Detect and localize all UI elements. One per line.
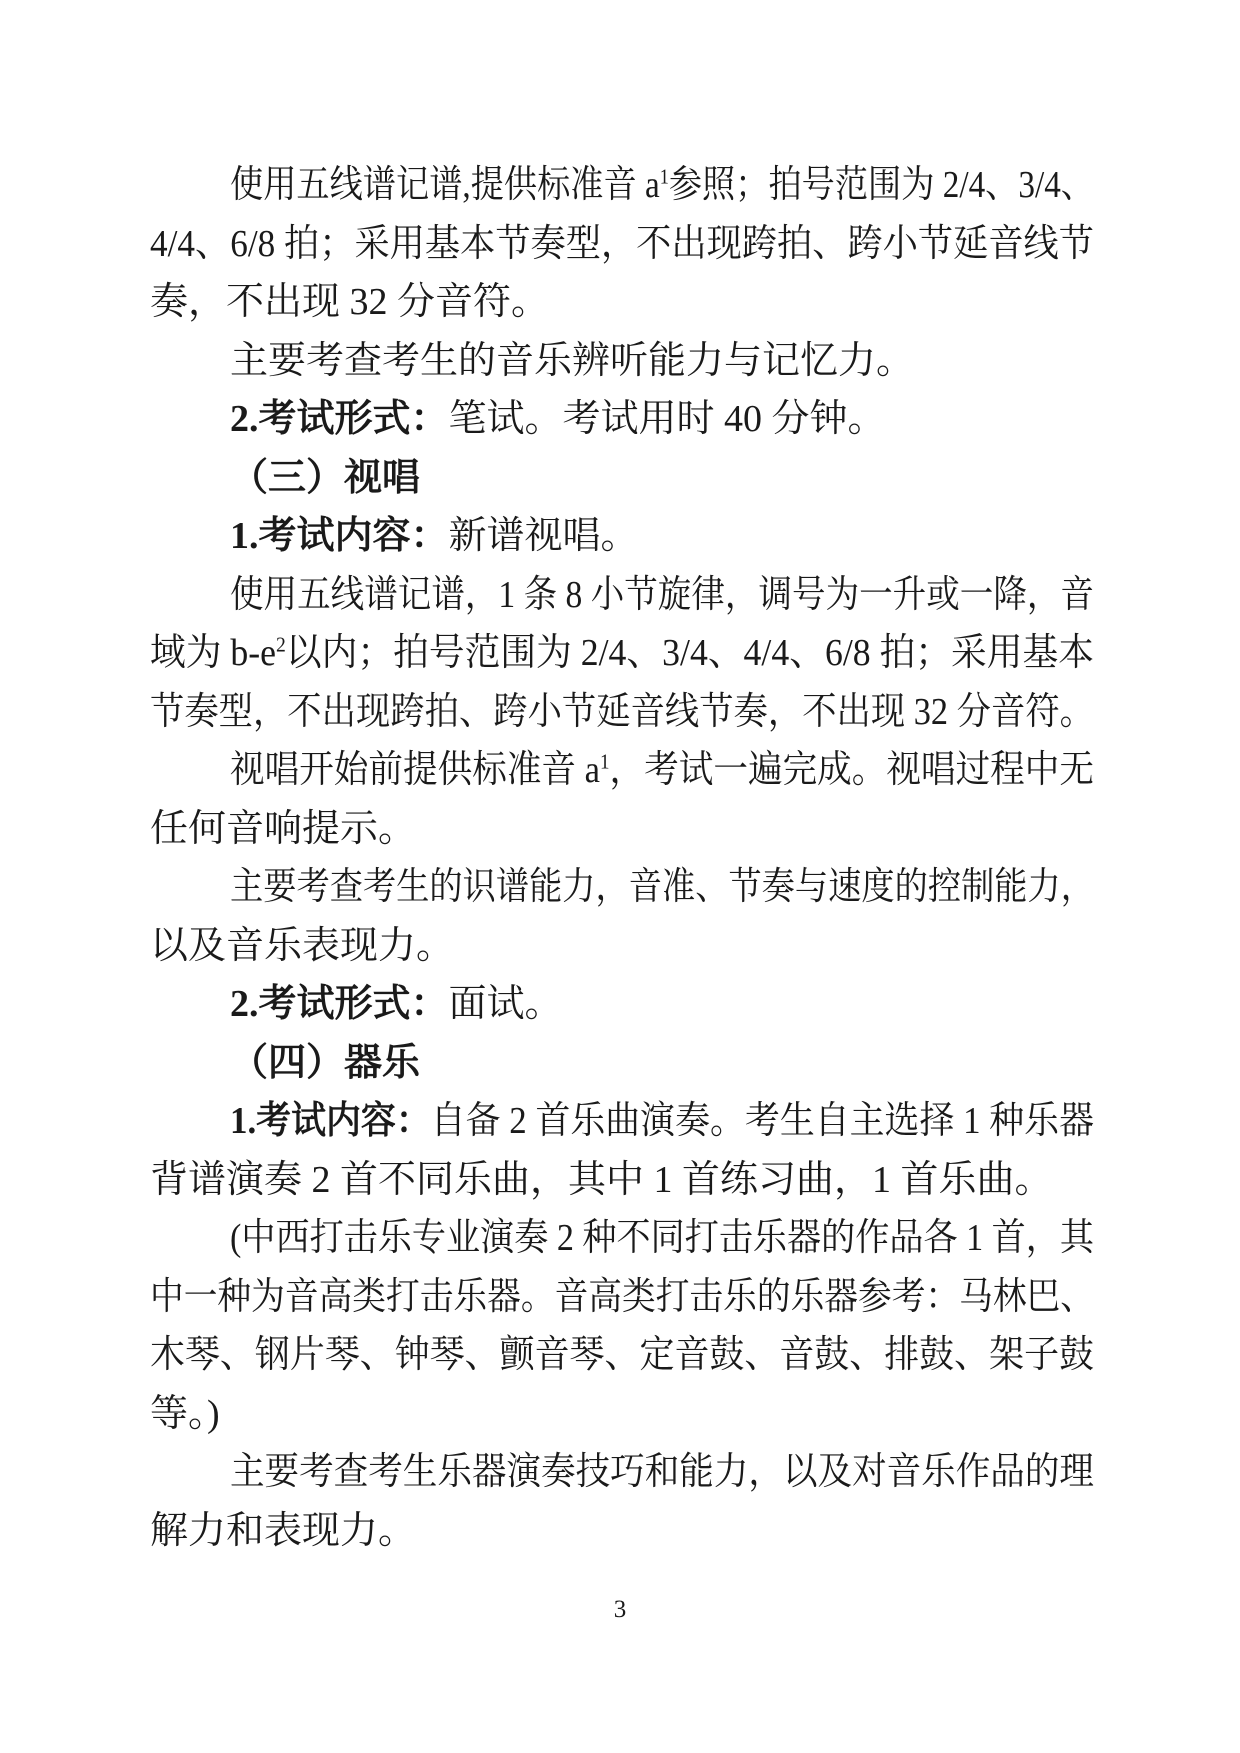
text-line-content: 奏，不出现 32 分音符。 (150, 273, 549, 332)
text-segment: 4/4、6/8 拍；采用基本节奏型，不出现跨拍、跨小节延音线节 (150, 223, 1094, 265)
text-segment: (中西打击乐专业演奏 2 种不同打击乐器的作品各 1 首，其 (230, 1217, 1094, 1259)
text-line: 视唱开始前提供标准音 a1，考试一遍完成。视唱过程中无 (150, 741, 1094, 800)
text-line-content: 1.考试内容：新谱视唱。 (230, 507, 639, 566)
text-line-content: 视唱开始前提供标准音 a1，考试一遍完成。视唱过程中无 (230, 741, 1094, 800)
text-line-content: 节奏型，不出现跨拍、跨小节延音线节奏，不出现 32 分音符。 (150, 683, 1094, 742)
text-segment: 木琴、钢片琴、钟琴、颤音琴、定音鼓、音鼓、排鼓、架子鼓 (150, 1334, 1094, 1376)
text-segment: 域为 b-e (150, 632, 276, 674)
text-line-content: 2.考试形式：面试。 (230, 975, 563, 1034)
text-line-content: 木琴、钢片琴、钟琴、颤音琴、定音鼓、音鼓、排鼓、架子鼓 (150, 1326, 1094, 1385)
text-line: 解力和表现力。 (150, 1502, 1094, 1561)
text-line-content: 等。) (150, 1385, 220, 1444)
text-line: 木琴、钢片琴、钟琴、颤音琴、定音鼓、音鼓、排鼓、架子鼓 (150, 1326, 1094, 1385)
text-line-content: (中西打击乐专业演奏 2 种不同打击乐器的作品各 1 首，其 (230, 1209, 1094, 1268)
text-segment: 1.考试内容： (230, 1100, 431, 1142)
text-line: 1.考试内容：自备 2 首乐曲演奏。考生自主选择 1 种乐器 (150, 1092, 1094, 1151)
text-line-content: 任何音响提示。 (150, 800, 416, 859)
text-line-content: 背谱演奏 2 首不同乐曲，其中 1 首练习曲，1 首乐曲。 (150, 1151, 1053, 1210)
text-line-content: 域为 b-e2以内；拍号范围为 2/4、3/4、4/4、6/8 拍；采用基本 (150, 624, 1094, 683)
text-segment: （四）器乐 (230, 1042, 420, 1084)
text-line: 主要考查考生乐器演奏技巧和能力，以及对音乐作品的理 (150, 1443, 1094, 1502)
text-line-content: （三）视唱 (230, 449, 420, 508)
text-segment: （三）视唱 (230, 457, 420, 499)
text-segment: 中一种为音高类打击乐器。音高类打击乐的乐器参考：马林巴、 (150, 1276, 1094, 1318)
text-segment: 自备 2 首乐曲演奏。考生自主选择 1 种乐器 (431, 1100, 1094, 1142)
superscript: 1 (660, 164, 669, 188)
text-line-content: 4/4、6/8 拍；采用基本节奏型，不出现跨拍、跨小节延音线节 (150, 215, 1094, 274)
text-segment: 解力和表现力。 (150, 1510, 416, 1552)
text-line: （三）视唱 (150, 449, 1094, 508)
text-line: 等。) (150, 1385, 1094, 1444)
text-segment: 参照；拍号范围为 2/4、3/4、 (669, 164, 1094, 206)
text-line: 背谱演奏 2 首不同乐曲，其中 1 首练习曲，1 首乐曲。 (150, 1151, 1094, 1210)
text-segment: 面试。 (449, 983, 563, 1025)
text-line-content: （四）器乐 (230, 1034, 420, 1093)
text-line-content: 以及音乐表现力。 (150, 917, 454, 976)
text-line-content: 主要考查考生的识谱能力，音准、节奏与速度的控制能力， (230, 858, 1094, 917)
text-line: （四）器乐 (150, 1034, 1094, 1093)
text-line-content: 中一种为音高类打击乐器。音高类打击乐的乐器参考：马林巴、 (150, 1268, 1094, 1327)
text-line: 2.考试形式：笔试。考试用时 40 分钟。 (150, 390, 1094, 449)
text-line-content: 使用五线谱记谱,提供标准音 a1参照；拍号范围为 2/4、3/4、 (230, 156, 1094, 215)
text-line: 主要考查考生的音乐辨听能力与记忆力。 (150, 332, 1094, 391)
text-segment: 背谱演奏 2 首不同乐曲，其中 1 首练习曲，1 首乐曲。 (150, 1159, 1053, 1201)
text-line: 4/4、6/8 拍；采用基本节奏型，不出现跨拍、跨小节延音线节 (150, 215, 1094, 274)
text-line: 域为 b-e2以内；拍号范围为 2/4、3/4、4/4、6/8 拍；采用基本 (150, 624, 1094, 683)
text-segment: 主要考查考生乐器演奏技巧和能力，以及对音乐作品的理 (230, 1451, 1094, 1493)
text-line: 以及音乐表现力。 (150, 917, 1094, 976)
text-segment: 主要考查考生的识谱能力，音准、节奏与速度的控制能力， (230, 866, 1094, 908)
text-segment: 任何音响提示。 (150, 808, 416, 850)
text-segment: 新谱视唱。 (449, 515, 639, 557)
superscript: 2 (276, 632, 286, 656)
text-line: 使用五线谱记谱,提供标准音 a1参照；拍号范围为 2/4、3/4、 (150, 156, 1094, 215)
text-segment: 以及音乐表现力。 (150, 925, 454, 967)
document-body: 使用五线谱记谱,提供标准音 a1参照；拍号范围为 2/4、3/4、4/4、6/8… (150, 156, 1094, 1560)
text-line-content: 1.考试内容：自备 2 首乐曲演奏。考生自主选择 1 种乐器 (230, 1092, 1094, 1151)
text-line-content: 使用五线谱记谱，1 条 8 小节旋律，调号为一升或一降，音 (230, 566, 1094, 625)
text-segment: 笔试。考试用时 40 分钟。 (449, 398, 886, 440)
text-line: (中西打击乐专业演奏 2 种不同打击乐器的作品各 1 首，其 (150, 1209, 1094, 1268)
page-number: 3 (0, 1596, 1240, 1624)
text-segment: 使用五线谱记谱,提供标准音 a (230, 164, 660, 206)
text-line: 节奏型，不出现跨拍、跨小节延音线节奏，不出现 32 分音符。 (150, 683, 1094, 742)
text-segment: 等。) (150, 1393, 220, 1435)
text-line-content: 主要考查考生的音乐辨听能力与记忆力。 (230, 332, 914, 391)
text-line: 2.考试形式：面试。 (150, 975, 1094, 1034)
text-segment: 1.考试内容： (230, 515, 449, 557)
text-segment: 节奏型，不出现跨拍、跨小节延音线节奏，不出现 32 分音符。 (150, 691, 1094, 733)
text-line-content: 2.考试形式：笔试。考试用时 40 分钟。 (230, 390, 886, 449)
text-segment: 主要考查考生的音乐辨听能力与记忆力。 (230, 340, 914, 382)
text-segment: 以内；拍号范围为 2/4、3/4、4/4、6/8 拍；采用基本 (286, 632, 1094, 674)
text-segment: 使用五线谱记谱，1 条 8 小节旋律，调号为一升或一降，音 (230, 574, 1094, 616)
text-line: 奏，不出现 32 分音符。 (150, 273, 1094, 332)
text-line-content: 主要考查考生乐器演奏技巧和能力，以及对音乐作品的理 (230, 1443, 1094, 1502)
superscript: 1 (600, 749, 610, 773)
text-line: 中一种为音高类打击乐器。音高类打击乐的乐器参考：马林巴、 (150, 1268, 1094, 1327)
text-segment: 2.考试形式： (230, 398, 449, 440)
text-segment: 视唱开始前提供标准音 a (230, 749, 600, 791)
text-line-content: 解力和表现力。 (150, 1502, 416, 1561)
text-line: 任何音响提示。 (150, 800, 1094, 859)
text-segment: 2.考试形式： (230, 983, 449, 1025)
text-line: 1.考试内容：新谱视唱。 (150, 507, 1094, 566)
text-line: 使用五线谱记谱，1 条 8 小节旋律，调号为一升或一降，音 (150, 566, 1094, 625)
text-segment: ，考试一遍完成。视唱过程中无 (610, 749, 1094, 791)
text-segment: 奏，不出现 32 分音符。 (150, 281, 549, 323)
document-page: 使用五线谱记谱,提供标准音 a1参照；拍号范围为 2/4、3/4、4/4、6/8… (0, 0, 1240, 1753)
text-line: 主要考查考生的识谱能力，音准、节奏与速度的控制能力， (150, 858, 1094, 917)
